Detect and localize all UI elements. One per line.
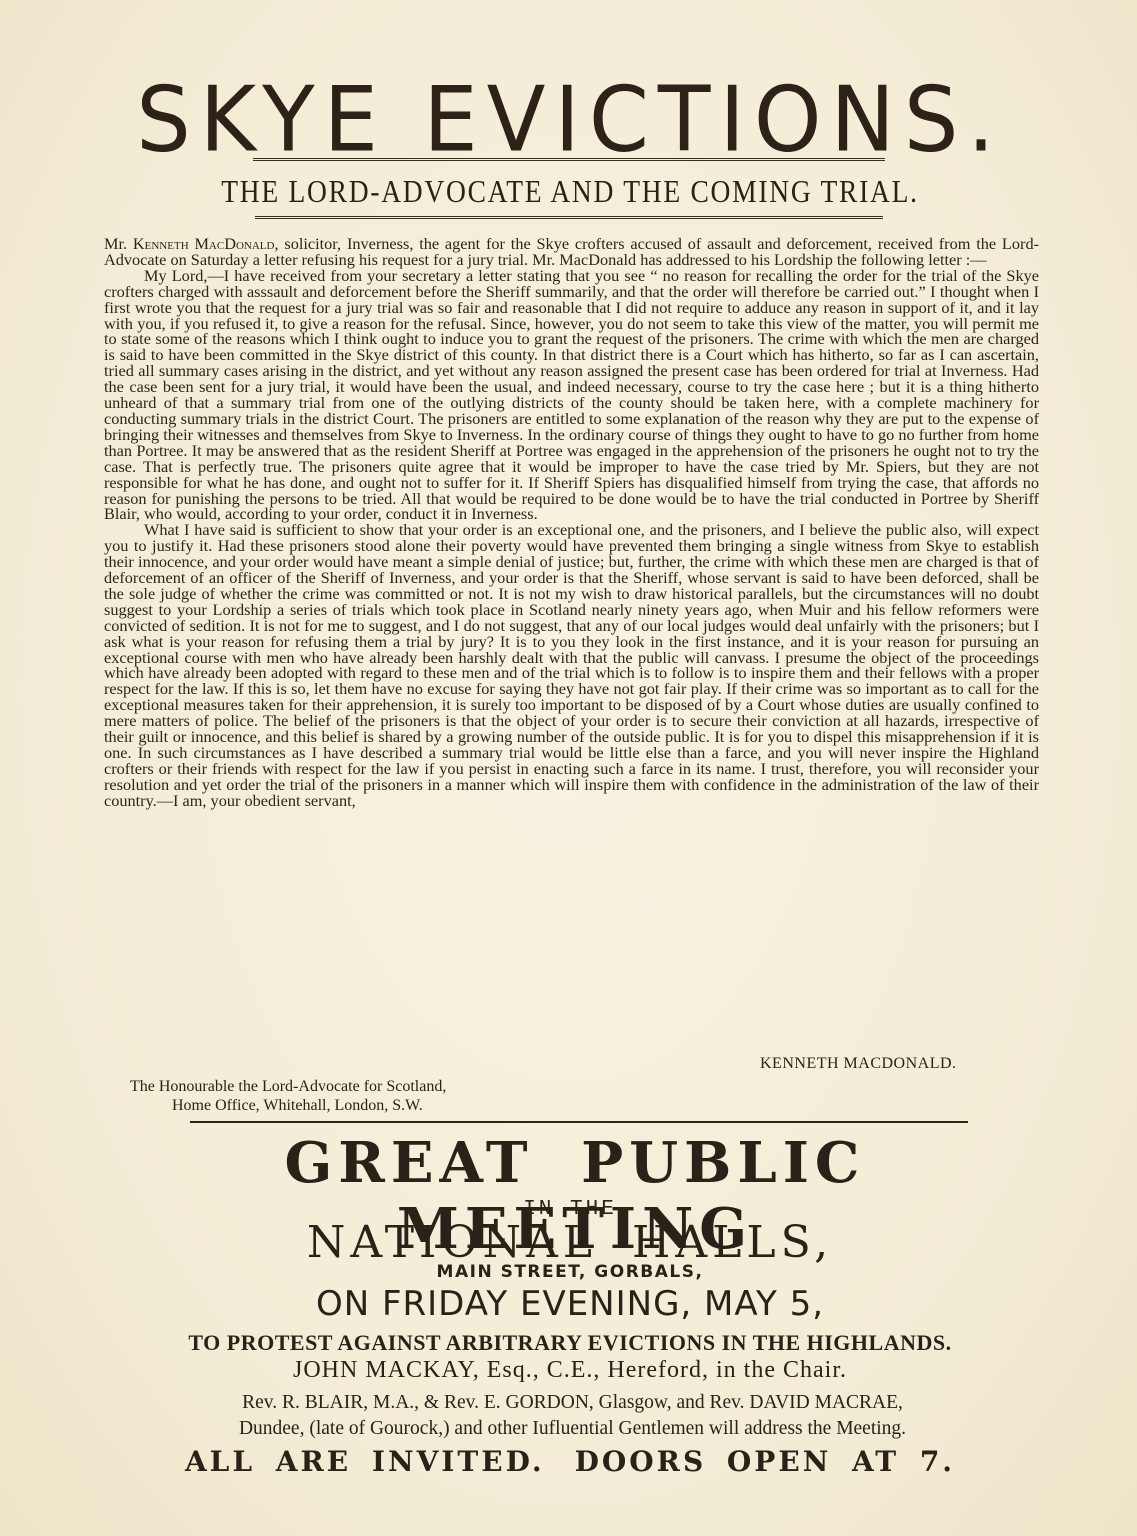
section-divider [190, 1121, 968, 1123]
intro-paragraph: Mr. Kenneth MacDonald, solicitor, Invern… [104, 236, 1039, 268]
letter-paragraph: What I have said is sufficient to show t… [104, 522, 1039, 808]
letter-body: Mr. Kenneth MacDonald, solicitor, Invern… [104, 236, 1039, 809]
meeting-date: ON FRIDAY EVENING, MAY 5, [100, 1284, 1040, 1324]
page-subtitle: THE LORD-ADVOCATE AND THE COMING TRIAL. [166, 173, 974, 210]
signature: KENNETH MACDONALD. [760, 1055, 957, 1073]
speakers-line: Rev. R. BLAIR, M.A., & Rev. E. GORDON, G… [100, 1390, 1045, 1416]
addressee-block: The Honourable the Lord-Advocate for Sco… [130, 1077, 446, 1115]
meeting-speakers: Rev. R. BLAIR, M.A., & Rev. E. GORDON, G… [100, 1390, 1045, 1442]
addressee-line: Home Office, Whitehall, London, S.W. [130, 1096, 446, 1115]
title-rule-top [253, 158, 885, 163]
letter-paragraph: My Lord,—I have received from your secre… [104, 268, 1039, 523]
meeting-purpose: TO PROTEST AGAINST ARBITRARY EVICTIONS I… [100, 1330, 1040, 1356]
doors-open: DOORS OPEN AT 7. [575, 1445, 955, 1478]
all-invited: ALL ARE INVITED. [185, 1445, 545, 1478]
title-rule-bottom [255, 216, 883, 221]
speakers-line: Dundee, (late of Gourock,) and other Iuf… [100, 1416, 1045, 1442]
meeting-chair: JOHN MACKAY, Esq., C.E., Hereford, in th… [100, 1357, 1040, 1384]
meeting-footer: ALL ARE INVITED.DOORS OPEN AT 7. [100, 1445, 1040, 1478]
meeting-street: MAIN STREET, GORBALS, [100, 1262, 1040, 1282]
addressee-line: The Honourable the Lord-Advocate for Sco… [130, 1078, 446, 1095]
page-title: SKYE EVICTIONS. [100, 70, 1040, 171]
broadsheet-page: SKYE EVICTIONS. THE LORD-ADVOCATE AND TH… [0, 0, 1137, 1536]
